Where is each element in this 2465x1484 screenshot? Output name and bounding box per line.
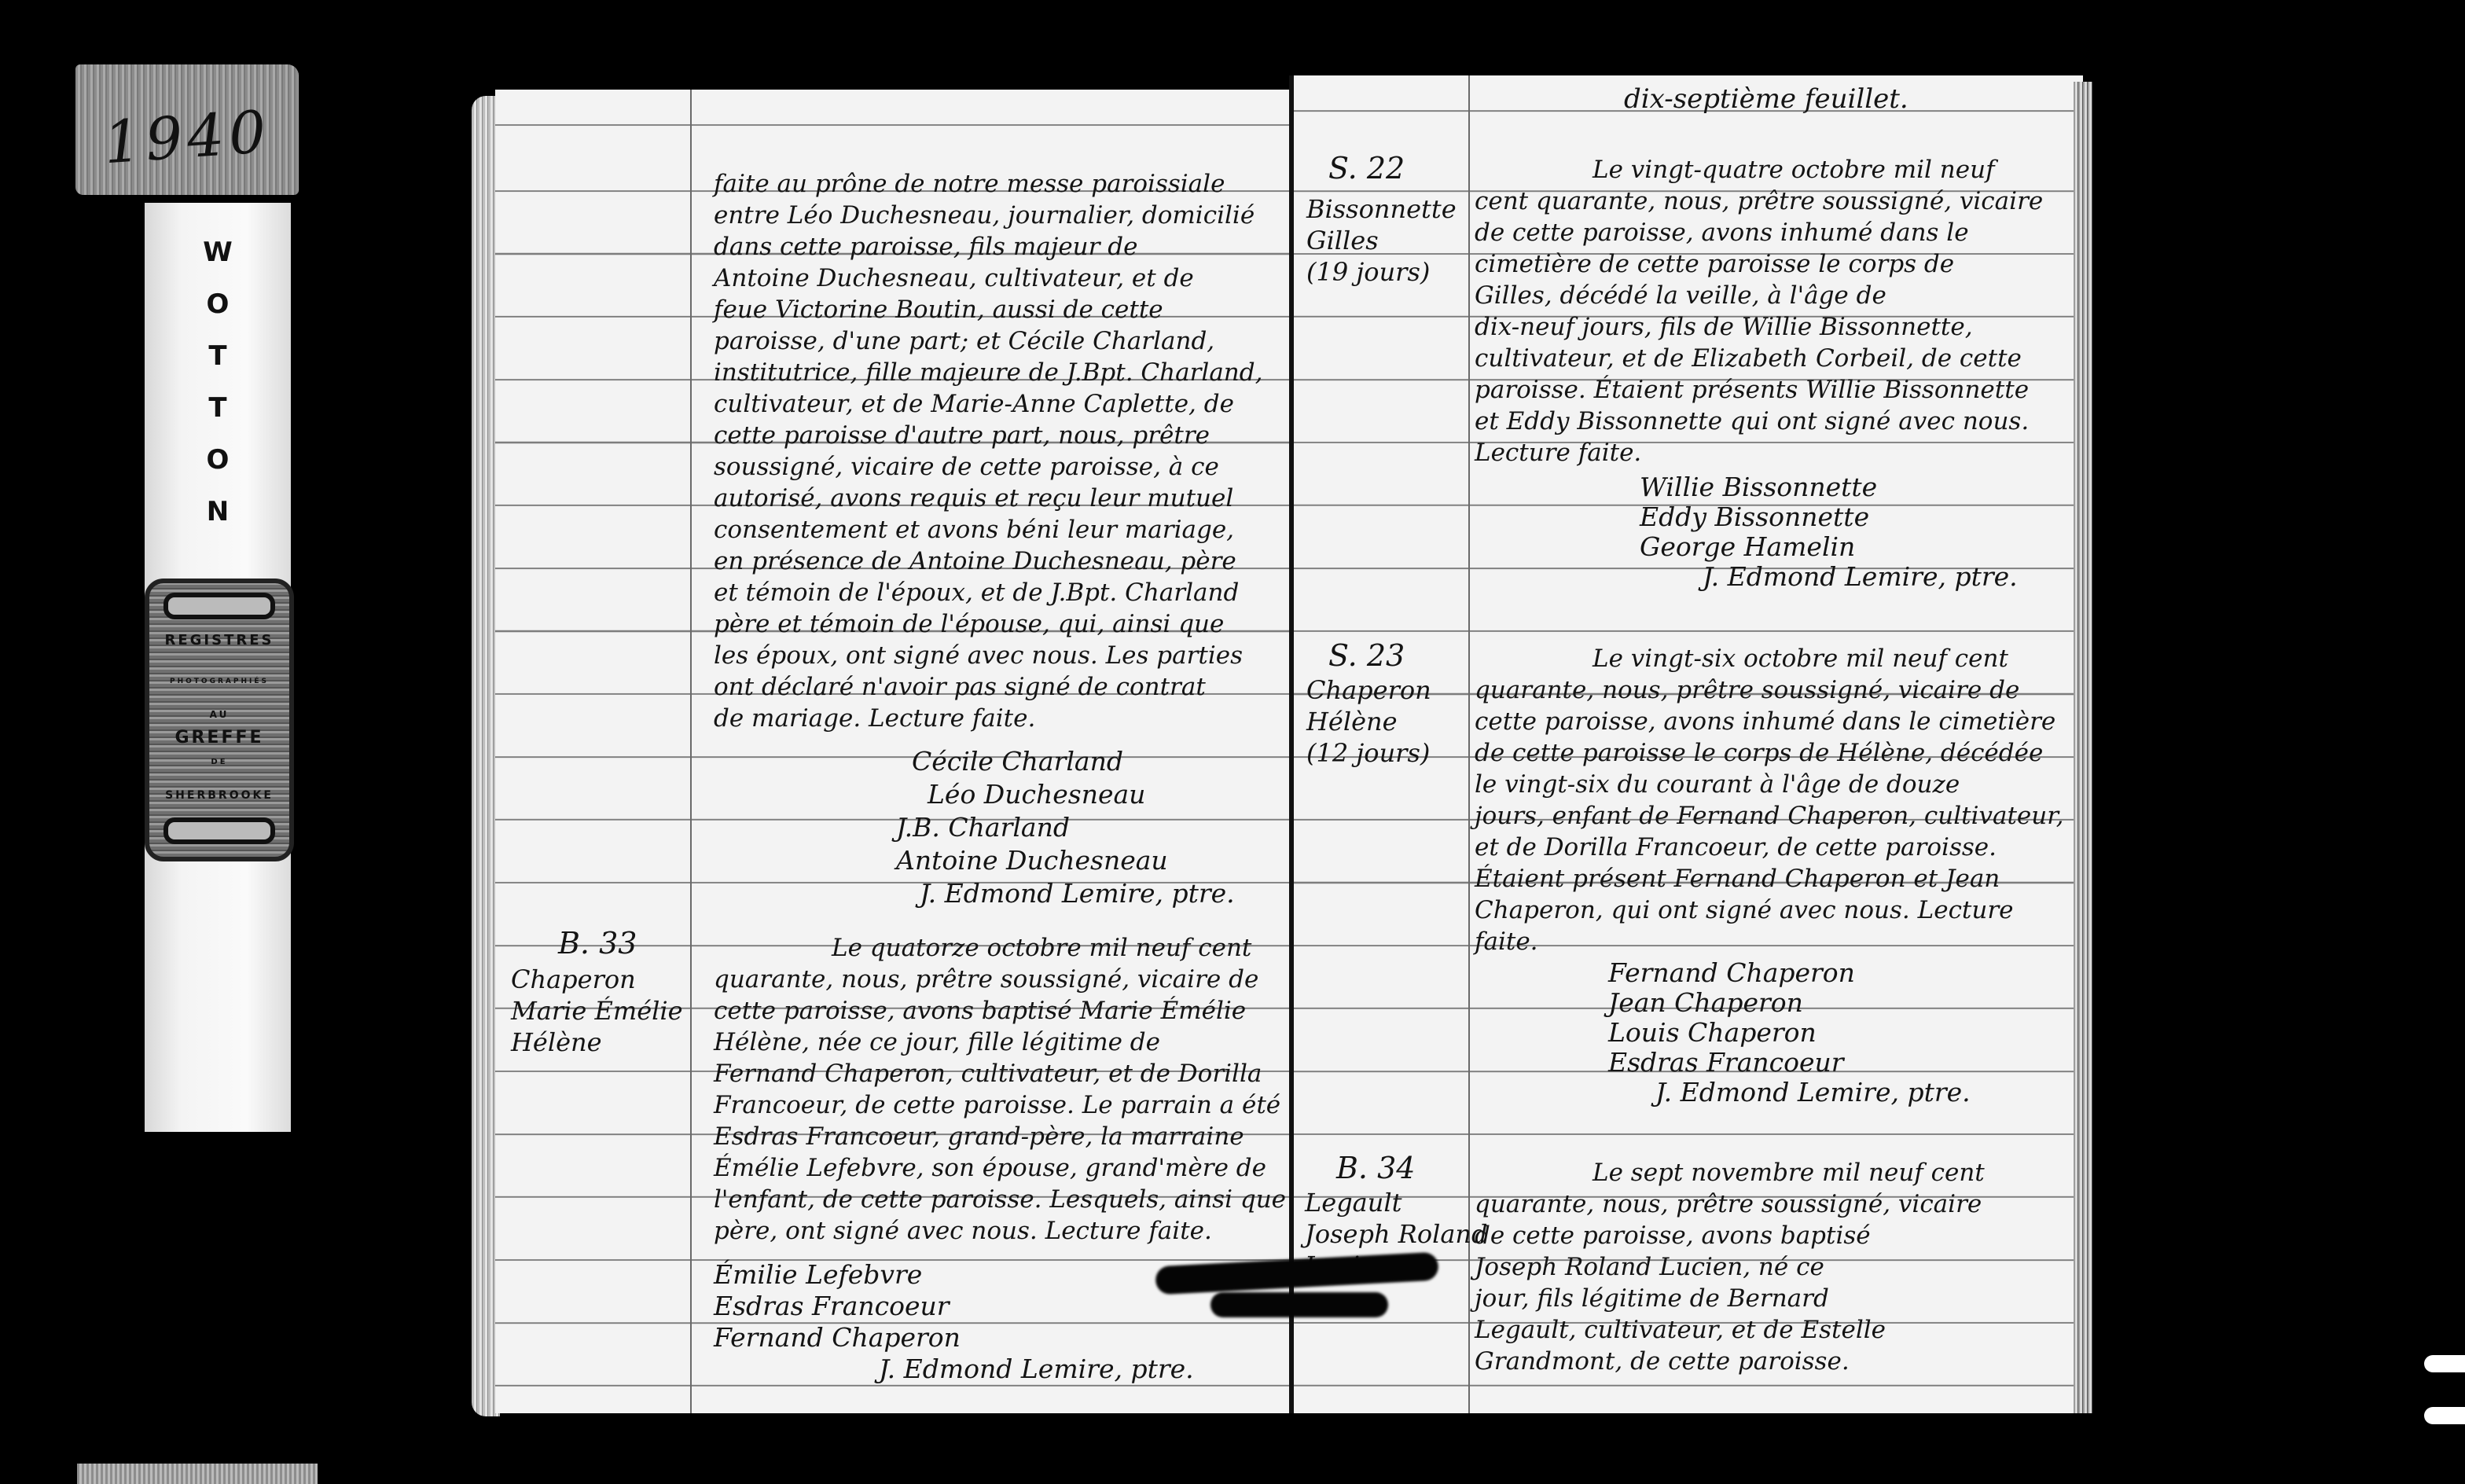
stamp-bar-top — [163, 593, 275, 619]
text-line: l'enfant, de cette paroisse. Lesquels, a… — [714, 1184, 1316, 1215]
text-line: feue Victorine Boutin, aussi de cette — [714, 294, 1262, 325]
entry-text-s22: Le vingt-quatre octobre mil neufcent qua… — [1475, 154, 2043, 468]
text-line: autorisé, avons requis et reçu leur mutu… — [714, 483, 1262, 514]
text-line: soussigné, vicaire de cette paroisse, à … — [714, 451, 1262, 483]
signature: George Hamelin — [1640, 531, 2018, 561]
page-stack-right — [2074, 82, 2092, 1413]
text-line: faite au prône de notre messe paroissial… — [714, 168, 1262, 200]
signatures-s23: Fernand ChaperonJean ChaperonLouis Chape… — [1608, 957, 1971, 1107]
signature: Jean Chaperon — [1608, 987, 1971, 1017]
stamp-text: SHERBROOKE — [149, 789, 289, 802]
text-line: de cette paroisse, avons baptisé — [1475, 1220, 1985, 1251]
margin-name: Hélène — [1306, 706, 1431, 737]
margin-names-s23: ChaperonHélène(12 jours) — [1306, 674, 1431, 769]
year-tag: 1940 — [75, 64, 299, 195]
year-label: 1940 — [101, 98, 273, 178]
signature: Esdras Francoeur — [714, 1291, 1194, 1322]
signature: J.B. Charland — [896, 812, 1235, 845]
text-line: Étaient présent Fernand Chaperon et Jean — [1475, 863, 2064, 894]
entry-number-b34: B. 34 — [1336, 1151, 1415, 1185]
text-line: Le vingt-six octobre mil neuf cent — [1475, 643, 2064, 674]
text-line: les époux, ont signé avec nous. Les part… — [714, 640, 1262, 671]
signature: Louis Chaperon — [1608, 1017, 1971, 1047]
margin-name: Hélène — [511, 1027, 683, 1058]
text-line: Chaperon, qui ont signé avec nous. Lectu… — [1475, 894, 2064, 926]
text-line: cette paroisse d'autre part, nous, prêtr… — [714, 420, 1262, 451]
margin-names-s22: BissonnetteGilles(19 jours) — [1306, 193, 1457, 288]
text-line: père, ont signé avec nous. Lecture faite… — [714, 1215, 1316, 1247]
text-line: Grandmont, de cette paroisse. — [1475, 1346, 1985, 1377]
text-line: jours, enfant de Fernand Chaperon, culti… — [1475, 800, 2064, 832]
folio-heading: dix-septième feuillet. — [1624, 83, 1908, 115]
text-line: père et témoin de l'épouse, qui, ainsi q… — [714, 608, 1262, 640]
signatures-b33: Émilie LefebvreEsdras FrancoeurFernand C… — [714, 1259, 1194, 1385]
text-line: quarante, nous, prêtre soussigné, vicair… — [1475, 674, 2064, 706]
signature: Fernand Chaperon — [714, 1322, 1194, 1354]
archive-stamp: REGISTRES PHOTOGRAPHIÉS AU GREFFE DE SHE… — [145, 579, 294, 861]
entry-number-s23: S. 23 — [1328, 638, 1405, 673]
signature: Esdras Francoeur — [1608, 1047, 1971, 1077]
scan-mark — [2424, 1355, 2465, 1372]
margin-name: (19 jours) — [1306, 256, 1457, 288]
signature: Émilie Lefebvre — [714, 1259, 1194, 1291]
text-line: Le vingt-quatre octobre mil neuf — [1475, 154, 2043, 185]
text-line: Fernand Chaperon, cultivateur, et de Dor… — [714, 1058, 1316, 1089]
text-line: de cette paroisse, avons inhumé dans le — [1475, 217, 2043, 248]
margin-rule — [690, 90, 692, 1413]
margin-names-b33: ChaperonMarie ÉmélieHélène — [511, 964, 683, 1058]
text-line: cultivateur, et de Elizabeth Corbeil, de… — [1475, 343, 2043, 374]
text-line: et témoin de l'époux, et de J.Bpt. Charl… — [714, 577, 1262, 608]
text-line: dans cette paroisse, fils majeur de — [714, 231, 1262, 263]
signature: Antoine Duchesneau — [896, 845, 1235, 878]
text-line: Esdras Francoeur, grand-père, la marrain… — [714, 1121, 1316, 1152]
text-line: jour, fils légitime de Bernard — [1475, 1283, 1985, 1314]
ink-blot — [1210, 1292, 1388, 1317]
stamp-text: PHOTOGRAPHIÉS — [149, 678, 289, 685]
stamp-bar-bottom — [163, 817, 275, 844]
signature: J. Edmond Lemire, ptre. — [896, 878, 1235, 911]
margin-name: Joseph Roland — [1305, 1218, 1487, 1250]
signatures-s22: Willie BissonnetteEddy BissonnetteGeorge… — [1640, 472, 2018, 591]
text-line: de cette paroisse le corps de Hélène, dé… — [1475, 737, 2064, 769]
text-line: en présence de Antoine Duchesneau, père — [714, 545, 1262, 577]
text-line: ont déclaré n'avoir pas signé de contrat — [714, 671, 1262, 703]
text-line: entre Léo Duchesneau, journalier, domici… — [714, 200, 1262, 231]
text-line: le vingt-six du courant à l'âge de douze — [1475, 769, 2064, 800]
signature: Willie Bissonnette — [1640, 472, 2018, 501]
entry-number-s22: S. 22 — [1328, 151, 1405, 185]
text-line: Lecture faite. — [1475, 437, 2043, 468]
text-line: Joseph Roland Lucien, né ce — [1475, 1251, 1985, 1283]
text-line: cette paroisse, avons inhumé dans le cim… — [1475, 706, 2064, 737]
text-line: faite. — [1475, 926, 2064, 957]
signature: Fernand Chaperon — [1608, 957, 1971, 987]
text-line: Antoine Duchesneau, cultivateur, et de — [714, 263, 1262, 294]
entry-text-b34: Le sept novembre mil neuf centquarante, … — [1475, 1157, 1985, 1377]
stamp-text: REGISTRES — [149, 632, 289, 648]
parish-name: W O T T O N — [145, 226, 291, 538]
text-line: dix-neuf jours, fils de Willie Bissonnet… — [1475, 311, 2043, 343]
margin-name: (12 jours) — [1306, 737, 1431, 769]
stamp-text: DE — [149, 758, 289, 766]
text-line: et Eddy Bissonnette qui ont signé avec n… — [1475, 406, 2043, 437]
right-page: dix-septième feuillet. S. 22 Bissonnette… — [1294, 75, 2083, 1413]
left-page: faite au prône de notre messe paroissial… — [495, 90, 1289, 1413]
text-line: cultivateur, et de Marie-Anne Caplette, … — [714, 388, 1262, 420]
text-line: Hélène, née ce jour, fille légitime de — [714, 1027, 1316, 1058]
margin-name: Marie Émélie — [511, 995, 683, 1027]
text-line: Francoeur, de cette paroisse. Le parrain… — [714, 1089, 1316, 1121]
text-line: Émélie Lefebvre, son épouse, grand'mère … — [714, 1152, 1316, 1184]
stamp-text: AU — [149, 709, 289, 720]
margin-name: Legault — [1305, 1187, 1487, 1218]
film-strip-edge — [77, 1464, 318, 1484]
text-line: de mariage. Lecture faite. — [714, 703, 1262, 734]
text-line: paroisse, d'une part; et Cécile Charland… — [714, 325, 1262, 357]
entry-number-b33: B. 33 — [558, 926, 637, 961]
entry-text-s23: Le vingt-six octobre mil neuf centquaran… — [1475, 643, 2064, 957]
parish-register: faite au prône de notre messe paroissial… — [472, 85, 2092, 1413]
marriage-continuation: faite au prône de notre messe paroissial… — [714, 168, 1262, 734]
margin-name: Bissonnette — [1306, 193, 1457, 225]
text-line: Gilles, décédé la veille, à l'âge de — [1475, 280, 2043, 311]
margin-name: Gilles — [1306, 225, 1457, 256]
text-line: paroisse. Étaient présents Willie Bisson… — [1475, 374, 2043, 406]
text-line: consentement et avons béni leur mariage, — [714, 514, 1262, 545]
signature: Cécile Charland — [896, 746, 1235, 779]
text-line: Legault, cultivateur, et de Estelle — [1475, 1314, 1985, 1346]
entry-text-b33: Le quatorze octobre mil neuf centquarant… — [714, 932, 1316, 1247]
scan-mark — [2424, 1407, 2465, 1424]
text-line: cent quarante, nous, prêtre soussigné, v… — [1475, 185, 2043, 217]
text-line: et de Dorilla Francoeur, de cette parois… — [1475, 832, 2064, 863]
text-line: cette paroisse, avons baptisé Marie Émél… — [714, 995, 1316, 1027]
text-line: institutrice, fille majeure de J.Bpt. Ch… — [714, 357, 1262, 388]
margin-name: Chaperon — [1306, 674, 1431, 706]
signature: J. Edmond Lemire, ptre. — [714, 1354, 1194, 1385]
signature: J. Edmond Lemire, ptre. — [1608, 1077, 1971, 1107]
text-line: Le quatorze octobre mil neuf cent — [714, 932, 1316, 964]
stamp-text: GREFFE — [149, 728, 289, 748]
text-line: quarante, nous, prêtre soussigné, vicair… — [1475, 1188, 1985, 1220]
margin-name: Chaperon — [511, 964, 683, 995]
signature: Eddy Bissonnette — [1640, 501, 2018, 531]
signature: J. Edmond Lemire, ptre. — [1640, 561, 2018, 591]
text-line: quarante, nous, prêtre soussigné, vicair… — [714, 964, 1316, 995]
text-line: Le sept novembre mil neuf cent — [1475, 1157, 1985, 1188]
text-line: cimetière de cette paroisse le corps de — [1475, 248, 2043, 280]
signatures-marriage: Cécile CharlandLéo DuchesneauJ.B. Charla… — [896, 746, 1235, 911]
signature: Léo Duchesneau — [896, 779, 1235, 812]
